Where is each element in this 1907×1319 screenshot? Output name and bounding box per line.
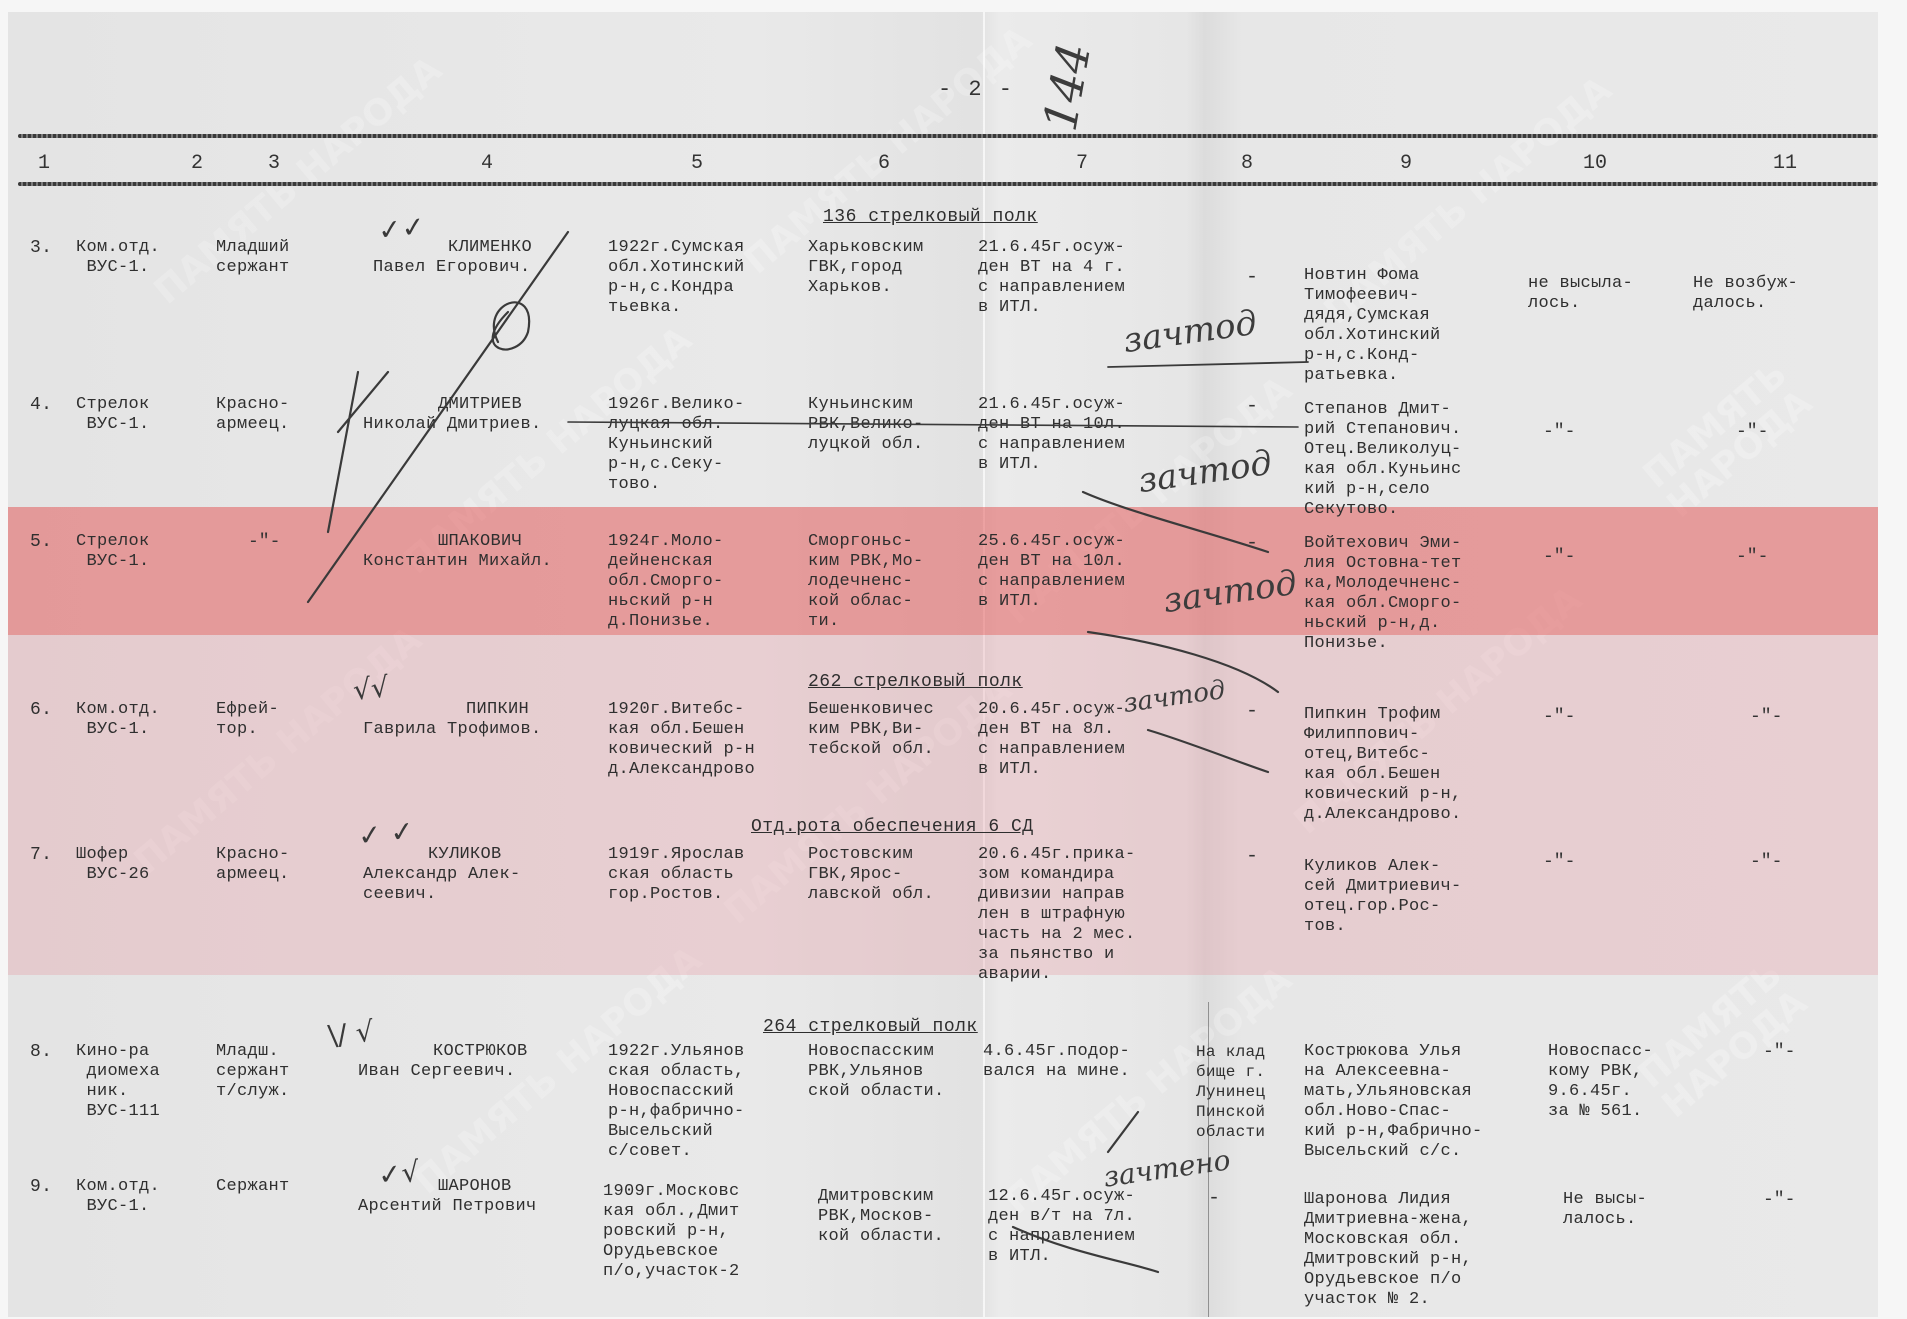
relatives-cell: Пипкин Трофим Филиппович- отец,Витебс- к… [1304, 705, 1462, 825]
notification-cell: Не высы- лалось. [1563, 1190, 1647, 1230]
sentence-cell: 12.6.45г.осуж- ден в/т на 7л. с направле… [988, 1187, 1135, 1267]
name-cell: Константин Михайл. [363, 552, 552, 572]
drafted-cell: Сморгоньс- ким РВК,Мо- лодечненс- кой об… [808, 532, 924, 632]
surname-cell: ПИПКИН [466, 700, 529, 720]
column-8-cell: - [1246, 395, 1258, 418]
archival-document-page: ПАМЯТЬ НАРОДА ПАМЯТЬ НАРОДА ПАМЯТЬ НАРОД… [8, 12, 1878, 1317]
birth-cell: 1909г.Московс кая обл.,Дмит ровский р-н,… [603, 1182, 740, 1282]
drafted-cell: Новоспасским РВК,Ульянов ской области. [808, 1042, 945, 1102]
relatives-cell: Шаронова Лидия Дмитриевна-жена, Московск… [1304, 1190, 1472, 1310]
position-cell: Ком.отд. ВУС-1. [76, 700, 160, 740]
relatives-cell: Войтехович Эми- лия Остовна-тет ка,Молод… [1304, 534, 1462, 654]
sentence-cell: 21.6.45г.осуж- ден ВТ на 4 г. с направле… [978, 238, 1125, 318]
drafted-cell: Бешенковичес ким РВК,Ви- тебской обл. [808, 700, 934, 760]
relatives-cell: Кострюкова Улья на Алексеевна- мать,Улья… [1304, 1042, 1483, 1162]
birth-cell: 1924г.Моло- дейненская обл.Сморго- ньски… [608, 532, 724, 632]
birth-cell: 1920г.Витебс- кая обл.Бешен ковический р… [608, 700, 755, 780]
position-cell: Стрелок ВУС-1. [76, 395, 150, 435]
drafted-cell: Дмитровским РВК,Москов- кой области. [818, 1187, 944, 1247]
row-number: 8. [30, 1042, 52, 1062]
ditto-mark: -"- [1763, 1042, 1795, 1062]
name-cell: Николай Дмитриев. [363, 415, 542, 435]
column-number: 6 [878, 152, 890, 175]
rank-cell: Младший сержант [216, 238, 290, 278]
position-cell: Ком.отд. ВУС-1. [76, 1177, 160, 1217]
sentence-cell: 20.6.45г.осуж- ден ВТ на 8л. с направлен… [978, 700, 1125, 780]
checkmark-icon: ✓✓ [376, 210, 426, 248]
rank-cell: Ефрей- тор. [216, 700, 279, 740]
row-number: 7. [30, 845, 52, 865]
birth-cell: 1926г.Велико- луцкая обл. Куньинский р-н… [608, 395, 745, 495]
row-number: 4. [30, 395, 52, 415]
position-cell: Стрелок ВУС-1. [76, 532, 150, 572]
rank-cell: Младш. сержант т/служ. [216, 1042, 290, 1102]
rank-cell: Сержант [216, 1177, 290, 1197]
column-8-cell: - [1246, 700, 1258, 723]
column-number-row: 1 2 3 4 5 6 7 8 9 10 11 [8, 152, 1878, 182]
column-number: 3 [268, 152, 280, 175]
name-cell: Арсентий Петрович [358, 1197, 537, 1217]
handwritten-folio-number: 144 [1033, 39, 1101, 135]
highlight-band-strong [8, 507, 1878, 635]
column-number: 10 [1583, 152, 1607, 175]
name-cell: Павел Егорович. [373, 258, 531, 278]
position-cell: Шофер ВУС-26 [76, 845, 150, 885]
page-number: - 2 - [938, 77, 1014, 102]
relatives-cell: Куликов Алек- сей Дмитриевич- отец.гор.Р… [1304, 857, 1462, 937]
rank-cell: Красно- армеец. [216, 395, 290, 435]
handwritten-note: зачтод [1121, 303, 1259, 361]
drafted-cell: Куньинским РВК,Велико- луцкой обл. [808, 395, 924, 455]
notification-cell: не высыла- лось. [1528, 274, 1633, 314]
ditto-mark: -"- [1763, 1190, 1795, 1210]
surname-cell: КЛИМЕНКО [448, 238, 532, 258]
birth-cell: 1919г.Ярослав ская область гор.Ростов. [608, 845, 745, 905]
surname-cell: ДМИТРИЕВ [438, 395, 522, 415]
column-number: 2 [191, 152, 203, 175]
column-number: 8 [1241, 152, 1253, 175]
row-number: 6. [30, 700, 52, 720]
row-number: 9. [30, 1177, 52, 1197]
sentence-cell: 21.6.45г.осуж- ден ВТ на 10л. с направле… [978, 395, 1125, 475]
ditto-mark: -"- [1543, 422, 1575, 442]
column-number: 9 [1400, 152, 1412, 175]
ditto-mark: -"- [248, 532, 280, 552]
column-8-cell: - [1246, 845, 1258, 868]
notification-cell: Новоспасс- кому РВК, 9.6.45г. за № 561. [1548, 1042, 1653, 1122]
checkmark-icon: ✓√ [376, 1155, 421, 1192]
row-number: 3. [30, 238, 52, 258]
name-cell: Гаврила Трофимов. [363, 720, 542, 740]
drafted-cell: Харьковским ГВК,город Харьков. [808, 238, 924, 298]
ditto-mark: -"- [1736, 422, 1768, 442]
checkmark-icon: √√ [351, 670, 390, 707]
column-8-cell: - [1246, 266, 1258, 289]
relatives-cell: Новтин Фома Тимофеевич- дядя,Сумская обл… [1304, 266, 1441, 386]
ditto-mark: -"- [1543, 707, 1575, 727]
row-number: 5. [30, 532, 52, 552]
sentence-cell: 25.6.45г.осуж- ден ВТ на 10л. с направле… [978, 532, 1125, 612]
birth-cell: 1922г.Ульянов ская область, Новоспасский… [608, 1042, 745, 1162]
surname-cell: КОСТРЮКОВ [433, 1042, 528, 1062]
column-number: 4 [481, 152, 493, 175]
handwritten-note: зачтод [1136, 443, 1274, 501]
section-title: Отд.рота обеспечения 6 СД [751, 817, 1034, 837]
sentence-cell: 20.6.45г.прика- зом командира дивизии на… [978, 845, 1136, 985]
rank-cell: Красно- армеец. [216, 845, 290, 885]
ditto-mark: -"- [1543, 547, 1575, 567]
section-title: 262 стрелковый полк [808, 672, 1023, 692]
relatives-cell: Степанов Дмит- рий Степанович. Отец.Вели… [1304, 400, 1462, 520]
birth-cell: 1922г.Сумская обл.Хотинский р-н,с.Кондра… [608, 238, 745, 318]
column-8-cell: - [1208, 1187, 1220, 1210]
header-rule-top [18, 134, 1878, 138]
case-cell: Не возбуж- далось. [1693, 274, 1798, 314]
section-title: 136 стрелковый полк [823, 207, 1038, 227]
name-cell: Александр Алек- сеевич. [363, 865, 521, 905]
name-cell: Иван Сергеевич. [358, 1062, 516, 1082]
burial-cell: На клад бище г. Лунинец Пинской области [1196, 1042, 1265, 1142]
surname-cell: ШПАКОВИЧ [438, 532, 522, 552]
column-number: 7 [1076, 152, 1088, 175]
column-number: 1 [38, 152, 50, 175]
ditto-mark: -"- [1750, 852, 1782, 872]
drafted-cell: Ростовским ГВК,Ярос- лавской обл. [808, 845, 934, 905]
ditto-mark: -"- [1736, 547, 1768, 567]
position-cell: Кино-ра диомеха ник. ВУС-111 [76, 1042, 160, 1122]
ditto-mark: -"- [1750, 707, 1782, 727]
column-number: 5 [691, 152, 703, 175]
position-cell: Ком.отд. ВУС-1. [76, 238, 160, 278]
header-rule-bottom [18, 182, 1878, 186]
surname-cell: КУЛИКОВ [428, 845, 502, 865]
column-8-cell: - [1246, 532, 1258, 555]
ditto-mark: -"- [1543, 852, 1575, 872]
sentence-cell: 4.6.45г.подор- вался на мине. [983, 1042, 1130, 1082]
checkmark-icon: ✓ ✓ [356, 814, 415, 853]
section-title: 264 стрелковый полк [763, 1017, 978, 1037]
checkmark-icon: \/ √ [326, 1015, 375, 1053]
surname-cell: ШАРОНОВ [438, 1177, 512, 1197]
column-number: 11 [1773, 152, 1797, 175]
